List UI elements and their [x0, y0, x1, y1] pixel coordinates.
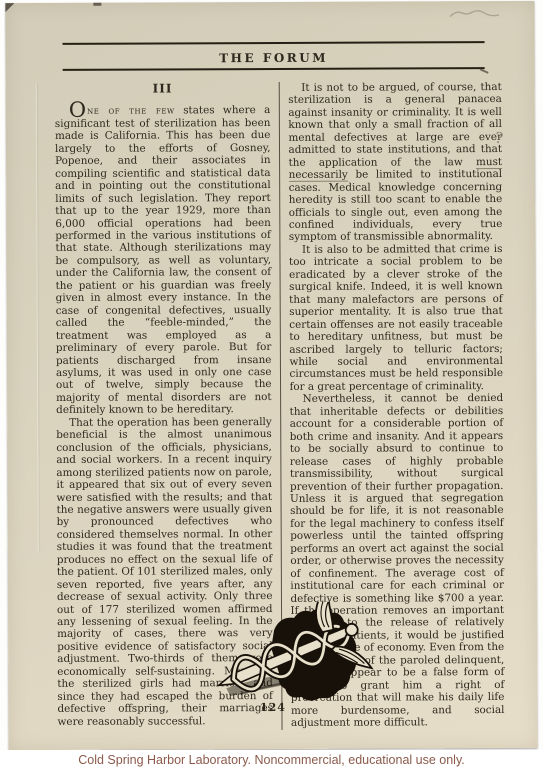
page-edge-mark: [93, 3, 101, 6]
section-heading: III: [55, 82, 271, 95]
pencil-scribble-annotation: [448, 7, 502, 21]
paragraph-text: states where a significant test of steri…: [55, 104, 272, 416]
page-header: THE FORUM: [63, 41, 485, 71]
scanned-page-photo: THE FORUM ? III One of the few states wh…: [0, 0, 543, 773]
page-header-title: THE FORUM: [63, 46, 485, 69]
pencil-arrow-mark: [480, 68, 489, 73]
paragraph: It is also to be admitted that crime is …: [289, 243, 503, 393]
paragraph-text: It is not to be argued, of course, that …: [288, 81, 502, 169]
header-rule-top: [63, 41, 485, 45]
book-page: THE FORUM ? III One of the few states wh…: [5, 1, 537, 750]
page-number: 124: [8, 700, 537, 715]
small-caps-lead: ne of the few: [87, 105, 175, 117]
paragraph: It is not to be argued, of course, that …: [288, 81, 502, 244]
paragraph-opening: One of the few states where a significan…: [55, 104, 272, 416]
header-rule-bottom: [63, 67, 485, 71]
caduceus-icon: [204, 602, 376, 715]
photo-corner-shadow: [5, 3, 14, 12]
page-crease: [36, 83, 39, 553]
footer-caption: Cold Spring Harbor Laboratory. Noncommer…: [0, 750, 543, 773]
pencil-question-mark: ?: [494, 129, 504, 148]
